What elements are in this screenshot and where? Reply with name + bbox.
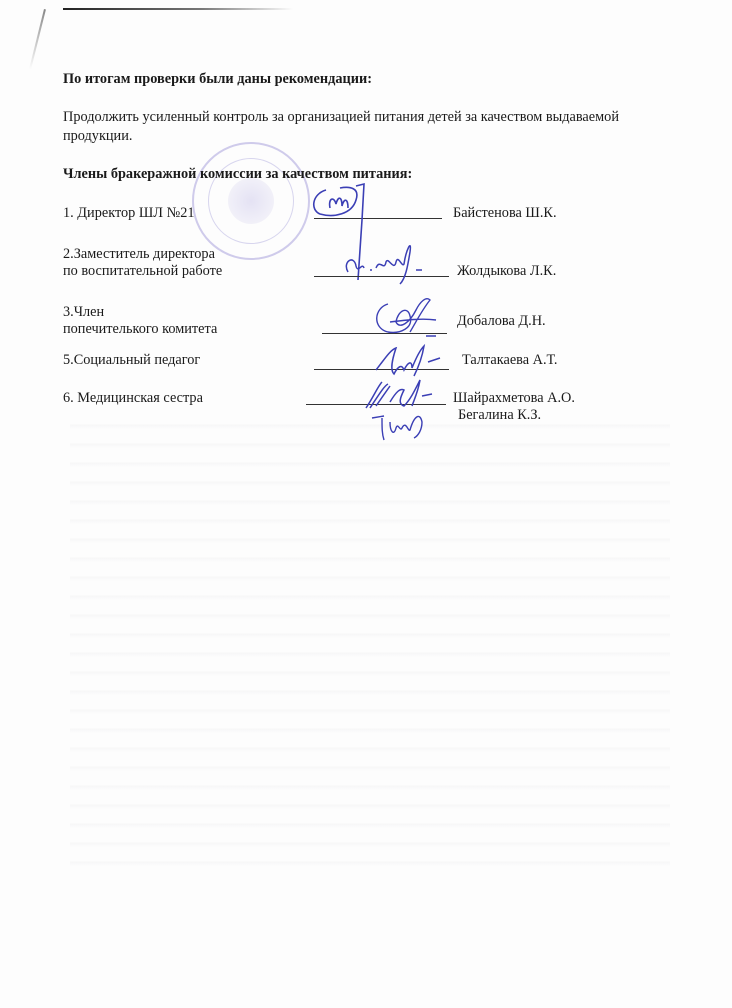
- extra-signer-name: Бегалина К.З.: [458, 407, 541, 424]
- member-name: Добалова Д.Н.: [457, 313, 546, 330]
- member-name: Талтакаева А.Т.: [462, 352, 557, 369]
- member-role: 6. Медицинская сестра: [63, 390, 203, 407]
- signature: [340, 232, 440, 292]
- member-name: Байстенова Ш.К.: [453, 205, 557, 222]
- heading-recommendations: По итогам проверки были даны рекомендаци…: [63, 71, 372, 88]
- member-role: 2.Заместитель директора: [63, 246, 215, 263]
- member-name: Шайрахметова А.О.: [453, 390, 575, 407]
- member-name: Жолдыкова Л.К.: [457, 263, 556, 280]
- faint-bleed-through: [70, 410, 670, 880]
- official-stamp: [192, 142, 310, 260]
- recommendation-text-line1: Продолжить усиленный контроль за организ…: [63, 109, 619, 126]
- member-role: 5.Социальный педагог: [63, 352, 200, 369]
- member-role: 3.Член: [63, 304, 104, 321]
- signature: [360, 372, 440, 442]
- member-role-continued: по воспитательной работе: [63, 263, 222, 280]
- scan-edge-top: [63, 8, 293, 10]
- member-role-continued: попечителького комитета: [63, 321, 217, 338]
- recommendation-text-line2: продукции.: [63, 128, 132, 145]
- scan-edge-left: [29, 9, 46, 70]
- signature: [370, 292, 450, 342]
- member-role: 1. Директор ШЛ №21: [63, 205, 195, 222]
